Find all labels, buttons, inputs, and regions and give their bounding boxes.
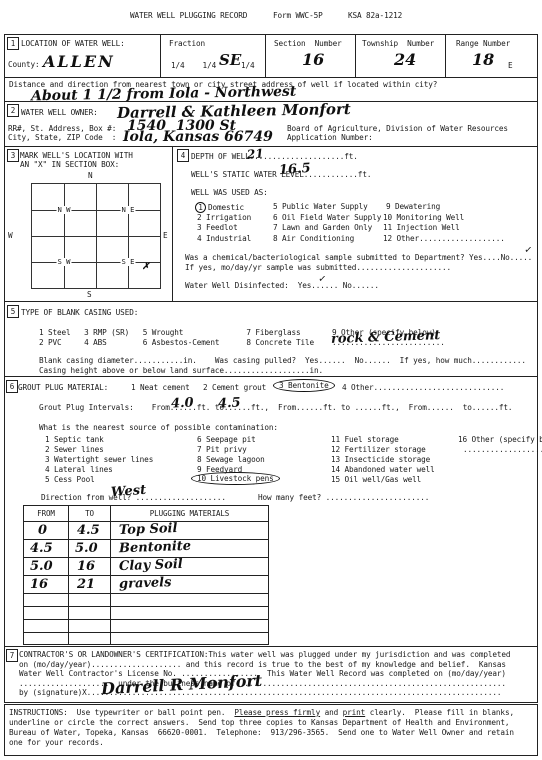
range-number-label: Range Number <box>456 39 510 48</box>
range-number-cell: Range Number 18 E <box>446 35 539 77</box>
from-header: FROM <box>24 506 69 521</box>
used-as-option: 2 Irrigation <box>197 213 251 222</box>
section-3-number: 3 <box>7 149 19 162</box>
to-cell[interactable]: 21 <box>69 576 111 593</box>
from-cell[interactable] <box>24 620 69 632</box>
if-yes-sample-label: If yes, mo/day/yr sample was submitted..… <box>185 263 451 272</box>
used-as-option-label: Domestic <box>208 203 244 212</box>
plugging-materials-table: FROM TO PLUGGING MATERIALS 0 4.5 Top Soi… <box>23 505 269 645</box>
instructions-box: INSTRUCTIONS: Use typewriter or ball poi… <box>4 704 538 756</box>
section-4-number: 4 <box>177 149 189 162</box>
grid-sw-label: S W <box>57 258 72 266</box>
used-as-option: 10 Monitoring Well <box>383 213 464 222</box>
section-number-label: Section Number <box>274 39 342 48</box>
fraction-label: Fraction <box>169 39 205 48</box>
from-cell[interactable] <box>24 607 69 619</box>
address-label: RR#, St. Address, Box #: <box>8 124 116 133</box>
contamination-option: 13 Insecticide storage <box>331 455 430 464</box>
location-heading: LOCATION OF WATER WELL: <box>21 39 125 48</box>
instructions-line4: one for your records. <box>9 738 104 747</box>
to-cell[interactable]: 4.5 <box>69 522 111 539</box>
grout-option-bentonite-circled[interactable]: 3 Bentonite <box>273 379 335 392</box>
compass-west-label: W <box>8 231 13 240</box>
from-cell[interactable] <box>24 633 69 645</box>
section-6-number: 6 <box>6 380 18 393</box>
grid-line <box>32 210 160 211</box>
instructions-seg-e: clearly. Please fill in blanks, <box>365 708 514 717</box>
contamination-livestock-pens-circled[interactable]: 10 Livestock pens <box>191 472 280 485</box>
casing-diameter-line: Blank casing diameter...........in. Was … <box>39 356 526 365</box>
grid-line <box>32 262 160 263</box>
instructions-seg-a: INSTRUCTIONS: Use typewriter or ball poi… <box>9 708 234 717</box>
contamination-option: 6 Seepage pit <box>197 435 256 444</box>
section-5-casing: 5 TYPE OF BLANK CASING USED: 1 Steel 3 R… <box>5 301 537 376</box>
contamination-option: 1 Septic tank <box>45 435 104 444</box>
contamination-option: 2 Sewer lines <box>45 445 104 454</box>
section-7-number: 7 <box>6 649 18 662</box>
main-form-box: 1 LOCATION OF WATER WELL: County: ALLEN … <box>4 34 538 703</box>
table-row-empty <box>24 594 268 607</box>
table-row-empty <box>24 620 268 633</box>
city-field[interactable]: Iola, Kansas 66749 <box>123 129 273 145</box>
compass-south-label: S <box>87 290 92 299</box>
range-number-field[interactable]: 18 <box>472 50 494 69</box>
table-header-row: FROM TO PLUGGING MATERIALS <box>24 506 268 522</box>
static-level-field[interactable]: 16.5 <box>279 161 312 178</box>
table-row: 5.0 16 Clay Soil <box>24 558 268 576</box>
county-field[interactable]: ALLEN <box>43 52 115 71</box>
used-as-option: 12 Other................... <box>383 234 505 243</box>
grout-option-other: 4 Other............................. <box>342 383 504 392</box>
from-cell[interactable]: 0 <box>24 522 69 539</box>
to-cell[interactable]: 16 <box>69 558 111 575</box>
grid-se-label: S E <box>121 258 136 266</box>
table-row: 4.5 5.0 Bentonite <box>24 540 268 558</box>
instructions-seg-c: and <box>320 708 343 717</box>
contamination-option: 5 Cess Pool <box>45 475 95 484</box>
material-cell[interactable]: Bentonite <box>111 540 268 557</box>
grout-option-neat-cement: 1 Neat cement <box>131 383 190 392</box>
county-label: County: <box>8 60 40 69</box>
contamination-other-dots: ....................... <box>463 445 542 454</box>
from-cell[interactable] <box>24 594 69 606</box>
section-2-number: 2 <box>7 104 19 117</box>
contamination-option: 11 Fuel storage <box>331 435 399 444</box>
board-label: Board of Agriculture, Division of Water … <box>287 124 508 133</box>
compass-north-label: N <box>88 171 93 180</box>
section-4-well-data: 4 DEPTH OF WELL.....................ft. … <box>173 147 537 301</box>
contamination-option: 3 Watertight sewer lines <box>45 455 153 464</box>
materials-header: PLUGGING MATERIALS <box>111 506 268 521</box>
contamination-question: What is the nearest source of possible c… <box>39 423 278 432</box>
owner-label: WATER WELL OWNER: <box>21 108 98 117</box>
contamination-option: 14 Abandoned water well <box>331 465 435 474</box>
used-as-option: 4 Industrial <box>197 234 251 243</box>
application-number-label: Application Number: <box>287 133 373 142</box>
certification-line2: on (mo/day/year).................... and… <box>19 660 506 669</box>
to-cell[interactable]: 5.0 <box>69 540 111 557</box>
material-cell[interactable]: Top Soil <box>111 522 268 539</box>
section-2-owner: 2 WATER WELL OWNER: Darrell & Kathleen M… <box>5 101 537 146</box>
from-cell[interactable]: 4.5 <box>24 540 69 557</box>
used-as-option: 7 Lawn and Garden Only <box>273 223 372 232</box>
grout-option-cement-grout: 2 Cement grout <box>203 383 266 392</box>
grid-ne-label: N E <box>121 206 136 214</box>
section-number-cell: Section Number 16 <box>266 35 356 77</box>
used-as-option: 6 Oil Field Water Supply <box>273 213 381 222</box>
casing-height-line: Casing height above or below land surfac… <box>39 366 323 375</box>
depth-of-well-field[interactable]: 21 <box>247 146 265 161</box>
section-1-number: 1 <box>7 37 19 50</box>
interval-from-field[interactable]: 4.0 <box>171 395 194 411</box>
section-3-mark-location: 3 MARK WELL'S LOCATION WITH AN "X" IN SE… <box>5 147 173 301</box>
water-well-plugging-record-form: WATER WELL PLUGGING RECORD Form WWC-5P K… <box>0 0 542 760</box>
contamination-option-other: 16 Other (specify below) <box>458 435 542 444</box>
form-statute: KSA 82a-1212 <box>348 11 402 20</box>
section-3-4-row: 3 MARK WELL'S LOCATION WITH AN "X" IN SE… <box>5 146 537 301</box>
section-5-number: 5 <box>7 305 19 318</box>
section-number-field[interactable]: 16 <box>302 50 324 69</box>
section-grid[interactable]: N W N E S W S E ✗ <box>31 183 161 289</box>
township-number-field[interactable]: 24 <box>394 50 416 69</box>
casing-heading: TYPE OF BLANK CASING USED: <box>21 308 138 317</box>
disinfected-question: Water Well Disinfected: Yes...... No....… <box>185 281 379 290</box>
instructions-print: print <box>343 708 366 717</box>
interval-to-field[interactable]: 4.5 <box>218 395 241 411</box>
material-cell[interactable]: Clay Soil <box>111 558 268 575</box>
fraction-post: 1/4 <box>241 61 255 70</box>
table-row-empty <box>24 607 268 620</box>
disinfected-yes-check[interactable]: ✓ <box>318 272 326 286</box>
used-as-option: 11 Injection Well <box>383 223 460 232</box>
instructions-line2: underline or circle the correct answers.… <box>9 718 509 727</box>
township-number-label: Township Number <box>362 39 434 48</box>
mark-location-line2: AN "X" IN SECTION BOX: <box>20 160 119 169</box>
to-cell[interactable] <box>69 607 111 619</box>
grid-nw-label: N W <box>57 206 72 214</box>
material-cell[interactable] <box>111 620 268 632</box>
used-as-option: 9 Dewatering <box>386 202 440 211</box>
instructions-line3: Bureau of Water, Topeka, Kansas 66620-00… <box>9 728 514 737</box>
grout-intervals-line: Grout Plug Intervals: From......ft. to..… <box>39 403 512 412</box>
contamination-option: 15 Oil well/Gas well <box>331 475 421 484</box>
fraction-cell: Fraction 1/4 1/4 SE 1/4 <box>161 35 266 77</box>
grout-material-label: GROUT PLUG MATERIAL: <box>18 383 108 392</box>
well-location-mark[interactable]: ✗ <box>142 262 150 272</box>
how-many-feet-label: How many feet? ....................... <box>258 493 429 502</box>
certification-line3: Water Well Contractor's License No. ....… <box>19 669 506 678</box>
contamination-option: 7 Pit privy <box>197 445 247 454</box>
well-used-as-label: WELL WAS USED AS: <box>191 188 268 197</box>
city-label: City, State, ZIP Code : <box>8 133 116 142</box>
depth-of-well-label: DEPTH OF WELL.....................ft. <box>191 152 358 161</box>
grid-line <box>32 236 160 237</box>
location-cell: 1 LOCATION OF WATER WELL: County: ALLEN <box>5 35 161 77</box>
from-cell[interactable]: 5.0 <box>24 558 69 575</box>
to-cell[interactable] <box>69 633 111 645</box>
used-as-option: 5 Public Water Supply <box>273 202 368 211</box>
from-cell[interactable]: 16 <box>24 576 69 593</box>
form-number: Form WWC-5P <box>273 11 323 20</box>
fraction-field[interactable]: SE <box>219 51 241 69</box>
compass-east-label: E <box>163 231 168 240</box>
circled-option-1[interactable]: 1 <box>195 202 206 213</box>
chemical-sample-question: Was a chemical/bacteriological sample su… <box>185 253 532 262</box>
contamination-option: 8 Sewage lagoon <box>197 455 265 464</box>
to-cell[interactable] <box>69 594 111 606</box>
mark-location-line1: MARK WELL'S LOCATION WITH <box>20 151 133 160</box>
form-title: WATER WELL PLUGGING RECORD <box>130 11 247 20</box>
section-7-certification: 7 CONTRACTOR'S OR LANDOWNER'S CERTIFICAT… <box>5 646 537 704</box>
used-as-option-domestic: 1Domestic <box>195 202 244 213</box>
to-header: TO <box>69 506 111 521</box>
material-cell[interactable] <box>111 633 268 645</box>
material-cell[interactable] <box>111 607 268 619</box>
material-cell[interactable] <box>111 594 268 606</box>
table-row: 16 21 gravels <box>24 576 268 594</box>
table-row-empty <box>24 633 268 645</box>
section-1-location: 1 LOCATION OF WATER WELL: County: ALLEN … <box>5 35 537 77</box>
range-direction-label: E <box>508 61 513 70</box>
chemical-sample-no-check[interactable]: ✓ <box>524 243 532 257</box>
material-cell[interactable]: gravels <box>111 576 268 593</box>
contamination-option: 4 Lateral lines <box>45 465 113 474</box>
direction-from-well-field[interactable]: West <box>111 483 147 500</box>
used-as-option: 8 Air Conditioning <box>273 234 354 243</box>
to-cell[interactable] <box>69 620 111 632</box>
table-row: 0 4.5 Top Soil <box>24 522 268 540</box>
contamination-option: 12 Fertilizer storage <box>331 445 426 454</box>
instructions-press-firmly: Please press firmly <box>234 708 320 717</box>
used-as-option: 3 Feedlot <box>197 223 238 232</box>
fraction-pre: 1/4 1/4 <box>171 61 216 70</box>
distance-row: Distance and direction from nearest town… <box>5 77 537 101</box>
instructions-line1: INSTRUCTIONS: Use typewriter or ball poi… <box>9 708 514 717</box>
township-number-cell: Township Number 24 <box>356 35 446 77</box>
certification-line1: CONTRACTOR'S OR LANDOWNER'S CERTIFICATIO… <box>19 650 510 659</box>
section-6-grout: 6 GROUT PLUG MATERIAL: 1 Neat cement 2 C… <box>5 376 537 646</box>
